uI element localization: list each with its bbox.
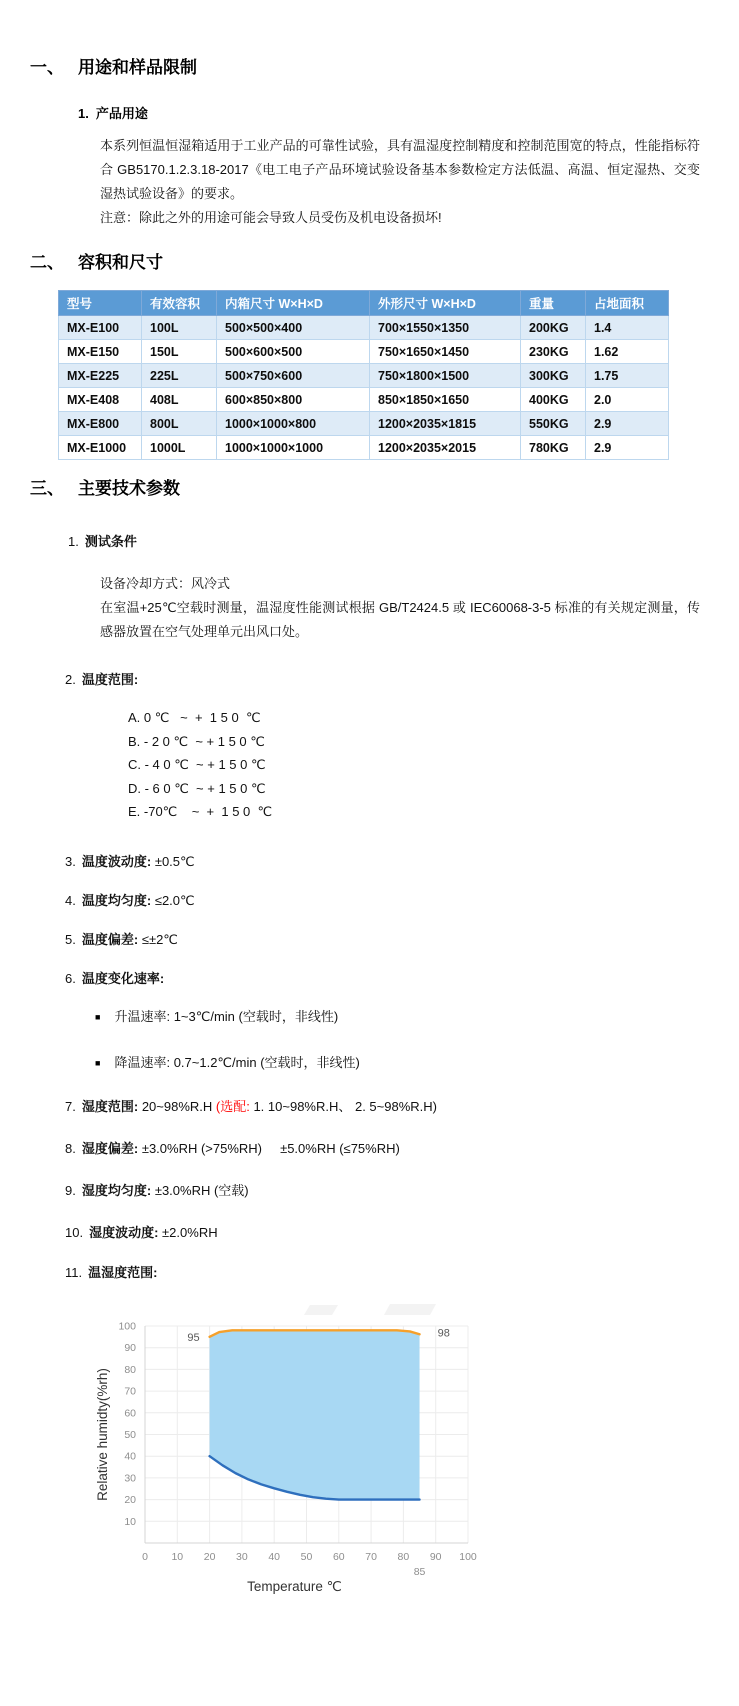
item8-number: 8. xyxy=(65,1141,76,1156)
temp-uniformity-line: 4.温度均匀度: ≤2.0℃ xyxy=(65,889,739,913)
svg-text:Temperature ℃: Temperature ℃ xyxy=(247,1579,342,1594)
svg-text:60: 60 xyxy=(333,1551,345,1563)
test-conditions-heading: 1.测试条件 xyxy=(68,530,739,554)
table-cell: 500×750×600 xyxy=(217,364,370,388)
table-cell: 750×1800×1500 xyxy=(370,364,521,388)
table-cell: 200KG xyxy=(521,316,586,340)
table-header-cell: 型号 xyxy=(59,291,142,316)
item4-value: ≤2.0℃ xyxy=(151,893,194,908)
svg-text:10: 10 xyxy=(171,1551,183,1563)
item11-number: 11. xyxy=(65,1265,82,1280)
table-cell: 100L xyxy=(142,316,217,340)
item6-number: 6. xyxy=(65,971,76,986)
temp-range-item: E. -70℃ ~ + 1 5 0 ℃ xyxy=(128,800,739,824)
item10-value: ±2.0%RH xyxy=(158,1225,217,1240)
item7-optional-red: (选配: xyxy=(216,1099,250,1114)
item9-label: 湿度均匀度: xyxy=(82,1183,151,1198)
section3-heading: 三、主要技术参数 xyxy=(30,478,739,500)
table-cell: MX-E100 xyxy=(59,316,142,340)
temp-range-item: C. - 4 0 ℃ ~ + 1 5 0 ℃ xyxy=(128,753,739,777)
svg-text:40: 40 xyxy=(124,1450,136,1462)
measurement-paragraph: 在室温+25℃空载时测量，温湿度性能测试根据 GB/T2424.5 或 IEC6… xyxy=(100,596,700,644)
item9-number: 9. xyxy=(65,1183,76,1198)
temp-humidity-range-heading: 11.温湿度范围: xyxy=(65,1261,739,1285)
section1-title: 用途和样品限制 xyxy=(78,58,197,77)
warning-note: 注意：除此之外的用途可能会导致人员受伤及机电设备损坏! xyxy=(100,206,739,230)
table-row: MX-E150150L500×600×500750×1650×1450230KG… xyxy=(59,340,669,364)
table-cell: 400KG xyxy=(521,388,586,412)
temp-range-item: D. - 6 0 ℃ ~ + 1 5 0 ℃ xyxy=(128,777,739,801)
product-use-title: 产品用途 xyxy=(96,106,148,121)
table-cell: 850×1850×1650 xyxy=(370,388,521,412)
item10-number: 10. xyxy=(65,1225,83,1240)
item11-label: 温湿度范围: xyxy=(88,1265,157,1280)
table-cell: MX-E408 xyxy=(59,388,142,412)
item6-label: 温度变化速率: xyxy=(82,971,164,986)
table-cell: 230KG xyxy=(521,340,586,364)
svg-text:40: 40 xyxy=(268,1551,280,1563)
cooling-rate-bullet: ■降温速率: 0.7~1.2℃/min (空载时，非线性) xyxy=(95,1051,739,1075)
table-cell: 1000L xyxy=(142,436,217,460)
humidity-deviation-line: 8.湿度偏差: ±3.0%RH (>75%RH) ±5.0%RH (≤75%RH… xyxy=(65,1137,739,1161)
table-cell: 1.75 xyxy=(586,364,669,388)
svg-text:20: 20 xyxy=(124,1494,136,1506)
size-table-header-row: 型号有效容积内箱尺寸 W×H×D外形尺寸 W×H×D重量占地面积 xyxy=(59,291,669,316)
table-row: MX-E100100L500×500×400700×1550×1350200KG… xyxy=(59,316,669,340)
section2-title: 容积和尺寸 xyxy=(78,253,163,272)
table-header-cell: 占地面积 xyxy=(586,291,669,316)
item5-number: 5. xyxy=(65,932,76,947)
product-use-heading: 1.产品用途 xyxy=(78,103,739,122)
size-table-body: MX-E100100L500×500×400700×1550×1350200KG… xyxy=(59,316,669,460)
svg-text:30: 30 xyxy=(236,1551,248,1563)
section1-heading: 一、用途和样品限制 xyxy=(30,57,739,79)
size-table: 型号有效容积内箱尺寸 W×H×D外形尺寸 W×H×D重量占地面积 MX-E100… xyxy=(58,290,669,460)
table-cell: 2.0 xyxy=(586,388,669,412)
table-cell: 600×850×800 xyxy=(217,388,370,412)
temp-deviation-line: 5.温度偏差: ≤±2℃ xyxy=(65,928,739,952)
cooling-rate-label: 降温速率: xyxy=(114,1055,170,1070)
square-bullet-icon: ■ xyxy=(95,1012,100,1022)
table-cell: MX-E800 xyxy=(59,412,142,436)
temp-range-list: A. 0 ℃ ~ + 1 5 0 ℃B. - 2 0 ℃ ~ + 1 5 0 ℃… xyxy=(128,706,739,824)
svg-text:85: 85 xyxy=(414,1566,426,1578)
svg-text:50: 50 xyxy=(124,1429,136,1441)
table-header-cell: 有效容积 xyxy=(142,291,217,316)
svg-text:0: 0 xyxy=(142,1551,148,1563)
svg-text:100: 100 xyxy=(118,1320,136,1332)
table-cell: 225L xyxy=(142,364,217,388)
table-cell: 1200×2035×2015 xyxy=(370,436,521,460)
svg-text:50: 50 xyxy=(301,1551,313,1563)
svg-text:80: 80 xyxy=(398,1551,410,1563)
svg-text:70: 70 xyxy=(365,1551,377,1563)
table-cell: 750×1650×1450 xyxy=(370,340,521,364)
section1-number: 一、 xyxy=(30,57,78,79)
table-cell: MX-E1000 xyxy=(59,436,142,460)
svg-text:70: 70 xyxy=(124,1385,136,1397)
table-cell: 1000×1000×800 xyxy=(217,412,370,436)
table-row: MX-E800800L1000×1000×8001200×2035×181555… xyxy=(59,412,669,436)
document-page: 一、用途和样品限制 1.产品用途 本系列恒温恒湿箱适用于工业产品的可靠性试验，具… xyxy=(0,0,739,1706)
heating-rate-bullet: ■升温速率: 1~3℃/min (空载时，非线性) xyxy=(95,1005,739,1029)
svg-text:Relative humidty(%rh): Relative humidty(%rh) xyxy=(95,1368,110,1501)
table-cell: 550KG xyxy=(521,412,586,436)
table-header-cell: 重量 xyxy=(521,291,586,316)
temp-humidity-chart: 1020304050607080901000102030405060708090… xyxy=(60,1299,490,1604)
table-cell: 1.4 xyxy=(586,316,669,340)
item2-number: 2. xyxy=(65,672,76,687)
square-bullet-icon: ■ xyxy=(95,1058,100,1068)
svg-text:90: 90 xyxy=(124,1342,136,1354)
table-cell: 1200×2035×1815 xyxy=(370,412,521,436)
svg-text:20: 20 xyxy=(204,1551,216,1563)
table-cell: 500×500×400 xyxy=(217,316,370,340)
item1-label: 测试条件 xyxy=(85,534,137,549)
item8-value: ±3.0%RH (>75%RH) ±5.0%RH (≤75%RH) xyxy=(138,1141,400,1156)
table-cell: MX-E150 xyxy=(59,340,142,364)
table-cell: 700×1550×1350 xyxy=(370,316,521,340)
item5-value: ≤±2℃ xyxy=(138,932,178,947)
cooling-rate-value: 0.7~1.2℃/min (空载时，非线性) xyxy=(170,1055,360,1070)
svg-text:80: 80 xyxy=(124,1363,136,1375)
temp-range-item: B. - 2 0 ℃ ~ + 1 5 0 ℃ xyxy=(128,730,739,754)
svg-text:60: 60 xyxy=(124,1407,136,1419)
temp-range-heading: 2.温度范围: xyxy=(65,668,739,692)
table-cell: 2.9 xyxy=(586,412,669,436)
item7-value-main: 20~98%R.H xyxy=(138,1099,216,1114)
section2-number: 二、 xyxy=(30,252,78,274)
svg-text:100: 100 xyxy=(459,1551,477,1563)
section2-heading: 二、容积和尺寸 xyxy=(30,252,739,274)
item4-number: 4. xyxy=(65,893,76,908)
table-header-cell: 外形尺寸 W×H×D xyxy=(370,291,521,316)
temp-range-item: A. 0 ℃ ~ + 1 5 0 ℃ xyxy=(128,706,739,730)
item3-number: 3. xyxy=(65,854,76,869)
table-row: MX-E408408L600×850×800850×1850×1650400KG… xyxy=(59,388,669,412)
table-cell: 1000×1000×1000 xyxy=(217,436,370,460)
temp-change-rate-heading: 6.温度变化速率: xyxy=(65,967,739,991)
temp-fluctuation-line: 3.温度波动度: ±0.5℃ xyxy=(65,850,739,874)
item7-optional-rest: 1. 10~98%R.H、 2. 5~98%R.H) xyxy=(250,1099,437,1114)
size-table-head: 型号有效容积内箱尺寸 W×H×D外形尺寸 W×H×D重量占地面积 xyxy=(59,291,669,316)
item7-number: 7. xyxy=(65,1099,76,1114)
item3-label: 温度波动度: xyxy=(82,854,151,869)
table-cell: 1.62 xyxy=(586,340,669,364)
section3-number: 三、 xyxy=(30,478,78,500)
heating-rate-value: 1~3℃/min (空载时，非线性) xyxy=(170,1009,338,1024)
product-use-number: 1. xyxy=(78,106,89,121)
svg-text:98: 98 xyxy=(438,1327,450,1339)
heating-rate-label: 升温速率: xyxy=(114,1009,170,1024)
item1-number: 1. xyxy=(68,534,79,549)
table-cell: 408L xyxy=(142,388,217,412)
table-header-cell: 内箱尺寸 W×H×D xyxy=(217,291,370,316)
table-cell: 300KG xyxy=(521,364,586,388)
humidity-temperature-area-chart: 1020304050607080901000102030405060708090… xyxy=(60,1299,490,1599)
table-row: MX-E10001000L1000×1000×10001200×2035×201… xyxy=(59,436,669,460)
svg-text:30: 30 xyxy=(124,1472,136,1484)
section3-title: 主要技术参数 xyxy=(78,479,180,498)
table-cell: MX-E225 xyxy=(59,364,142,388)
item10-label: 湿度波动度: xyxy=(89,1225,158,1240)
item8-label: 湿度偏差: xyxy=(82,1141,138,1156)
table-cell: 2.9 xyxy=(586,436,669,460)
table-cell: 500×600×500 xyxy=(217,340,370,364)
svg-text:10: 10 xyxy=(124,1515,136,1527)
item9-value: ±3.0%RH (空载) xyxy=(151,1183,248,1198)
item2-label: 温度范围: xyxy=(82,672,138,687)
product-use-paragraph: 本系列恒温恒湿箱适用于工业产品的可靠性试验，具有温湿度控制精度和控制范围宽的特点… xyxy=(100,134,700,206)
table-row: MX-E225225L500×750×600750×1800×1500300KG… xyxy=(59,364,669,388)
humidity-fluctuation-line: 10.湿度波动度: ±2.0%RH xyxy=(65,1221,739,1245)
item4-label: 温度均匀度: xyxy=(82,893,151,908)
item5-label: 温度偏差: xyxy=(82,932,138,947)
svg-text:95: 95 xyxy=(187,1331,199,1343)
table-cell: 800L xyxy=(142,412,217,436)
table-cell: 150L xyxy=(142,340,217,364)
item3-value: ±0.5℃ xyxy=(151,854,194,869)
item7-label: 湿度范围: xyxy=(82,1099,138,1114)
svg-text:90: 90 xyxy=(430,1551,442,1563)
humidity-range-line: 7.湿度范围: 20~98%R.H (选配: 1. 10~98%R.H、 2. … xyxy=(65,1095,739,1119)
cooling-method-line: 设备冷却方式：风冷式 xyxy=(100,572,739,596)
humidity-uniformity-line: 9.湿度均匀度: ±3.0%RH (空载) xyxy=(65,1179,739,1203)
table-cell: 780KG xyxy=(521,436,586,460)
